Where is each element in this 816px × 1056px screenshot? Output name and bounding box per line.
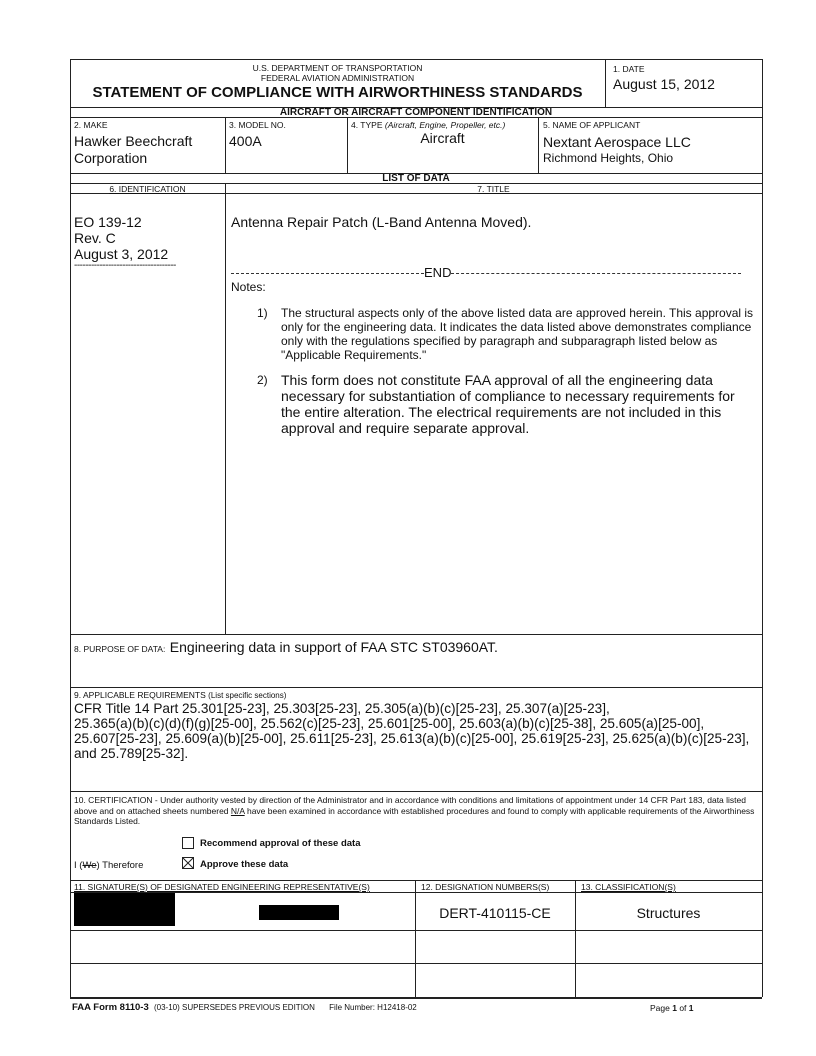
identification-line-2: Rev. C [74, 230, 116, 246]
divider-sig-row-1 [70, 930, 762, 931]
note-2-number: 2) [257, 372, 281, 436]
make-value-line2: Corporation [74, 150, 147, 166]
type-label-note: (Aircraft, Engine, Propeller, etc.) [385, 120, 505, 130]
redacted-name [259, 905, 339, 920]
supersedes-note: SUPERSEDES PREVIOUS EDITION [182, 1003, 315, 1012]
form-footer: FAA Form 8110-3 (03-10) SUPERSEDES PREVI… [72, 1002, 417, 1013]
note-2-text: This form does not constitute FAA approv… [281, 372, 747, 436]
note-1: 1) The structural aspects only of the ab… [257, 306, 755, 362]
divider-certification-top [70, 791, 762, 792]
identification-column-label: 6. IDENTIFICATION [70, 184, 225, 194]
form-name: FAA Form 8110-3 [72, 1002, 149, 1013]
purpose-row: 8. PURPOSE OF DATA: Engineering data in … [74, 639, 498, 657]
page-total: 1 [689, 1003, 694, 1013]
model-value: 400A [229, 133, 262, 149]
form-revision: (03-10) [154, 1003, 180, 1012]
divider-type-applicant [538, 117, 539, 173]
end-dashes-right [451, 273, 741, 274]
type-value: Aircraft [347, 130, 538, 146]
redacted-signature [74, 893, 175, 926]
model-label: 3. MODEL NO. [229, 120, 286, 130]
divider-sig-designation [415, 880, 416, 997]
file-number: File Number: H12418-02 [329, 1003, 417, 1012]
border-top [70, 59, 762, 60]
divider-requirements-top [70, 687, 762, 688]
border-bottom [70, 997, 762, 999]
identification-dashes: ------------------------------------ [74, 260, 210, 271]
classification-column-label: 13. CLASSIFICATION(S) [581, 882, 676, 892]
recommend-approval-checkbox[interactable] [182, 837, 194, 849]
therefore-struck-we: We [82, 860, 96, 871]
applicant-label: 5. NAME OF APPLICANT [543, 120, 640, 130]
notes-label: Notes: [231, 280, 266, 294]
purpose-label: 8. PURPOSE OF DATA: [74, 644, 165, 654]
identification-line-1: EO 139-12 [74, 214, 142, 230]
approve-data-checkbox[interactable] [182, 857, 194, 869]
list-of-data-heading: LIST OF DATA [70, 174, 762, 183]
divider-make-model [225, 117, 226, 173]
requirements-list: CFR Title 14 Part 25.301[25-23], 25.303[… [74, 701, 749, 761]
purpose-value: Engineering data in support of FAA STC S… [170, 639, 498, 655]
identification-heading: AIRCRAFT OR AIRCRAFT COMPONENT IDENTIFIC… [70, 108, 762, 117]
border-left [70, 59, 71, 997]
make-label: 2. MAKE [74, 120, 108, 130]
applicant-name: Nextant Aerospace LLC [543, 134, 691, 150]
recommend-approval-label: Recommend approval of these data [200, 838, 360, 849]
divider-purpose-top [70, 634, 762, 635]
therefore-suffix: ) Therefore [97, 860, 144, 871]
title-column-label: 7. TITLE [225, 184, 762, 194]
end-dashes-left [231, 273, 424, 274]
requirements-line-3: 25.607[25-23], 25.609(a)(b)[25-00], 25.6… [74, 731, 749, 746]
note-1-text: The structural aspects only of the above… [281, 306, 755, 362]
sheets-numbered: N/A [231, 806, 245, 816]
end-marker: END [231, 265, 741, 280]
requirements-line-2: 25.365(a)(b)(c)(d)(f)(g)[25-00], 25.562(… [74, 716, 749, 731]
divider-signatures-top [70, 880, 762, 881]
requirements-label-note: (List specific sections) [208, 691, 286, 700]
divider-sig-row-2 [70, 963, 762, 964]
type-label-prefix: 4. TYPE [351, 120, 385, 130]
requirements-label: 9. APPLICABLE REQUIREMENTS (List specifi… [74, 690, 286, 700]
page-prefix: Page [650, 1003, 672, 1013]
page-indicator: Page 1 of 1 [650, 1003, 694, 1013]
type-label: 4. TYPE (Aircraft, Engine, Propeller, et… [351, 120, 505, 130]
divider-id-title [225, 183, 226, 634]
designation-column-label: 12. DESIGNATION NUMBERS(S) [421, 882, 549, 892]
title-value: Antenna Repair Patch (L-Band Antenna Mov… [231, 214, 531, 230]
date-label: 1. DATE [613, 64, 645, 74]
agency-name: FEDERAL AVIATION ADMINISTRATION [70, 73, 605, 83]
designation-number: DERT-410115-CE [415, 905, 575, 921]
requirements-line-1: CFR Title 14 Part 25.301[25-23], 25.303[… [74, 701, 749, 716]
end-text: END [424, 265, 451, 280]
note-1-number: 1) [257, 306, 281, 362]
certification-text: 10. CERTIFICATION - Under authority vest… [74, 795, 758, 827]
divider-date [605, 59, 606, 108]
approve-data-label: Approve these data [200, 859, 288, 870]
page-of: of [677, 1003, 689, 1013]
border-right [762, 59, 763, 997]
date-value: August 15, 2012 [613, 76, 715, 92]
form-title: STATEMENT OF COMPLIANCE WITH AIRWORTHINE… [70, 84, 605, 101]
applicant-location: Richmond Heights, Ohio [543, 151, 673, 165]
requirements-label-text: 9. APPLICABLE REQUIREMENTS [74, 690, 206, 700]
make-value-line1: Hawker Beechcraft [74, 133, 192, 149]
classification-value: Structures [575, 905, 762, 921]
signature-column-label: 11. SIGNATURE(S) OF DESIGNATED ENGINEERI… [74, 882, 370, 892]
requirements-line-4: and 25.789[25-32]. [74, 746, 749, 761]
divider-designation-class [575, 880, 576, 997]
note-2: 2) This form does not constitute FAA app… [257, 372, 747, 436]
therefore-label: I (We) Therefore [74, 860, 143, 871]
department-name: U.S. DEPARTMENT OF TRANSPORTATION [70, 63, 605, 73]
checkbox-x-icon [183, 858, 193, 868]
